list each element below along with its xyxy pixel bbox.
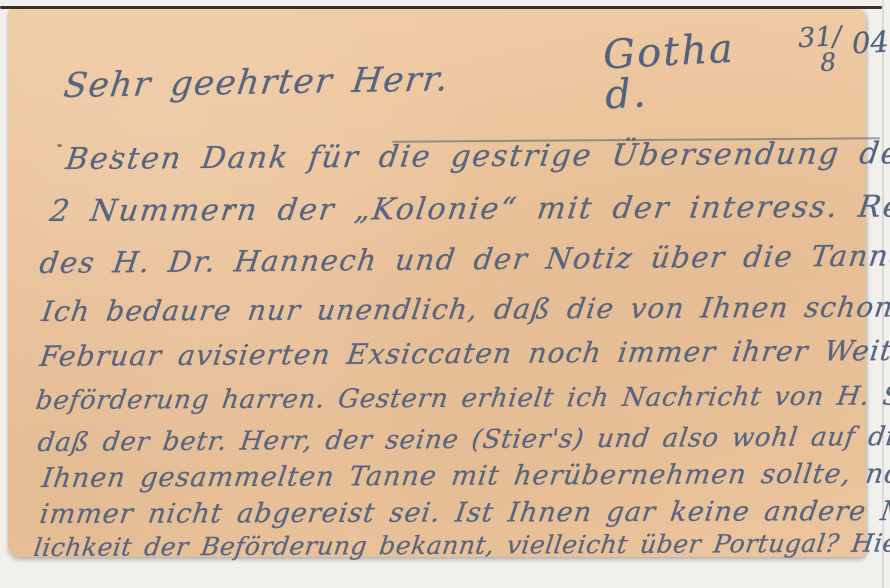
body-line-5: Februar avisierten Exsiccaten noch immer… (38, 334, 890, 373)
body-line-9: immer nicht abgereist sei. Ist Ihnen gar… (38, 496, 890, 530)
body-line-6: beförderung harren. Gestern erhielt ich … (34, 381, 890, 416)
ink-speck (114, 150, 117, 153)
ink-speck (228, 206, 232, 210)
body-line-8: Ihnen gesammelten Tanne mit herübernehme… (40, 458, 890, 494)
body-line-1: Besten Dank für die gestrige Übersendung… (64, 136, 890, 177)
dateline-day-month: 31/ 8 (798, 25, 844, 76)
dateline-month: 8 (820, 52, 837, 75)
body-line-4: Ich bedaure nur unendlich, daß die von I… (40, 290, 890, 328)
ink-speck (57, 144, 62, 147)
dateline: Gotha d. 31/ 8 04 (602, 21, 890, 116)
dateline-year: 04 (851, 25, 890, 61)
dateline-place: Gotha d. (602, 26, 792, 116)
body-line-7: daß der betr. Herr, der seine (Stier's) … (36, 421, 890, 458)
body-line-2: 2 Nummern der „Kolonie“ mit der interess… (48, 189, 890, 229)
scanned-postcard-page: Gotha d. 31/ 8 04 Sehr geehrter Herr. Be… (0, 0, 890, 588)
body-line-10: lichkeit der Beförderung bekannt, vielle… (32, 528, 890, 562)
salutation: Sehr geehrter Herr. (62, 59, 452, 106)
